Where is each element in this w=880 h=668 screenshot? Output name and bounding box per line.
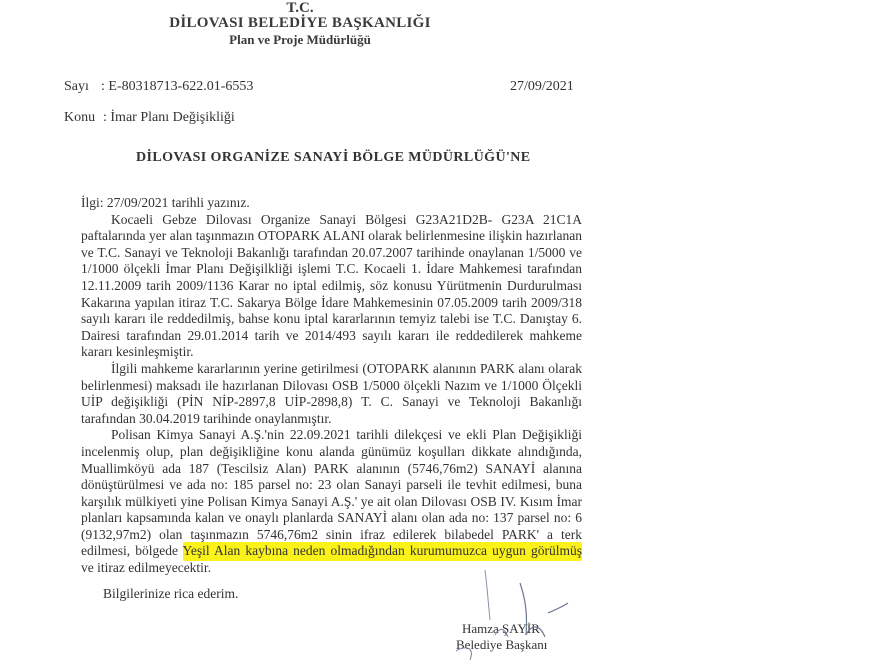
sayi-label: Sayı — [64, 79, 89, 95]
paragraph-2: İlgili mahkeme kararlarının yerine getir… — [81, 361, 582, 427]
signature-scrawl-icon — [440, 565, 580, 665]
ilgi-line: İlgi: 27/09/2021 tarihli yazınız. — [81, 195, 582, 212]
highlighted-text: Yeşil Alan kaybına neden olmadığından ku… — [183, 542, 582, 561]
paragraph-1: Kocaeli Gebze Dilovası Organize Sanayi B… — [81, 212, 582, 361]
paragraph-3-text: Polisan Kimya Sanayi A.Ş.'nin 22.09.2021… — [81, 427, 582, 558]
paragraph-3: Polisan Kimya Sanayi A.Ş.'nin 22.09.2021… — [81, 427, 582, 576]
header-municipality: DİLOVASI BELEDİYE BAŞKANLIĞI — [0, 15, 600, 32]
letter-body: İlgi: 27/09/2021 tarihli yazınız. Kocael… — [81, 195, 582, 577]
header-department: Plan ve Proje Müdürlüğü — [0, 32, 600, 48]
konu-label: Konu — [64, 110, 95, 126]
document-date: 27/09/2021 — [510, 79, 574, 95]
paragraph-3-end: ve itiraz edilmeyecektir. — [81, 560, 211, 575]
sayi-value: : E-80318713-622.01-6553 — [101, 79, 253, 95]
addressee: DİLOVASI ORGANİZE SANAYİ BÖLGE MÜDÜRLÜĞÜ… — [136, 150, 531, 166]
closing-line: Bilgilerinize rica ederim. — [103, 586, 238, 602]
konu-value: : İmar Planı Değişikliği — [103, 110, 235, 126]
